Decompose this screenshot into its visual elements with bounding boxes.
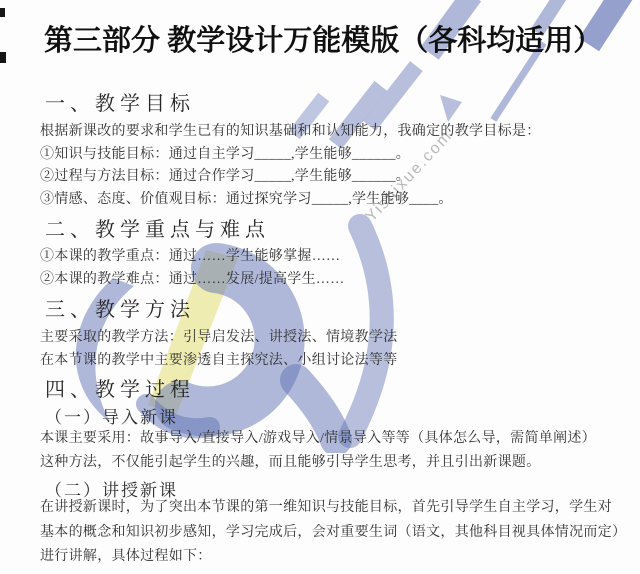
body-line: ①知识与技能目标：通过自主学习_____,学生能够______。 <box>40 144 541 167</box>
document-page: Yishixue.com 第三部分 教学设计万能模版（各科均适用） 一、教学目标… <box>0 0 640 574</box>
section-heading-key-points: 二、教学重点与难点 <box>45 213 270 242</box>
section-body-methods: 主要采取的教学方法：引导启发法、讲授法、情境教学法 在本节课的教学中主要渗透自主… <box>40 326 398 372</box>
section-heading-process: 四、教学过程 <box>45 373 195 402</box>
section-heading-objectives: 一、教学目标 <box>45 87 195 116</box>
scan-artifact <box>0 52 6 63</box>
section-body-objectives: 根据新课改的要求和学生已有的知识基础和和认知能力，我确定的教学目标是： ①知识与… <box>40 121 541 211</box>
body-line: ③情感、态度、价值观目标：通过探究学习_____,学生能够____。 <box>40 189 541 212</box>
body-line: 主要采取的教学方法：引导启发法、讲授法、情境教学法 <box>40 326 398 349</box>
subsection-body-lead-in: 本课主要采用：故事导入/直接导入/游戏导入/情景导入等等（具体怎么导，需简单阐述… <box>40 427 596 474</box>
body-line: 本课主要采用：故事导入/直接导入/游戏导入/情景导入等等（具体怎么导，需简单阐述… <box>40 427 596 451</box>
subsection-body-teach-new: 在讲授新课时，为了突出本节课的第一维知识与技能目标，首先引导学生自主学习，学生对… <box>40 496 626 570</box>
body-line: 进行讲解，具体过程如下： <box>40 545 626 570</box>
body-line: ②过程与方法目标：通过合作学习_____,学生能够______。 <box>40 166 541 189</box>
body-line: 根据新课改的要求和学生已有的知识基础和和认知能力，我确定的教学目标是： <box>40 121 541 144</box>
section-body-key-points: ①本课的教学重点：通过……学生能够掌握…… ②本课的教学难点：通过……发展/提高… <box>40 245 345 291</box>
body-line: 基本的概念和知识初步感知，学习完成后，会对重要生词（语文，其他科目视具体情况而定… <box>40 521 626 546</box>
section-heading-methods: 三、教学方法 <box>45 293 195 322</box>
page-title: 第三部分 教学设计万能模版（各科均适用） <box>44 18 602 59</box>
body-line: 这种方法，不仅能引起学生的兴趣，而且能够引导学生思考，并且引出新课题。 <box>40 451 596 475</box>
body-line: 在讲授新课时，为了突出本节课的第一维知识与技能目标，首先引导学生自主学习，学生对 <box>40 496 626 521</box>
body-line: ①本课的教学重点：通过……学生能够掌握…… <box>40 245 345 268</box>
body-line: ②本课的教学难点：通过……发展/提高学生…… <box>40 268 345 291</box>
subsection-heading-lead-in: （一）导入新课 <box>45 403 178 428</box>
scan-artifact <box>0 8 5 17</box>
body-line: 在本节课的教学中主要渗透自主探究法、小组讨论法等等 <box>40 349 398 372</box>
